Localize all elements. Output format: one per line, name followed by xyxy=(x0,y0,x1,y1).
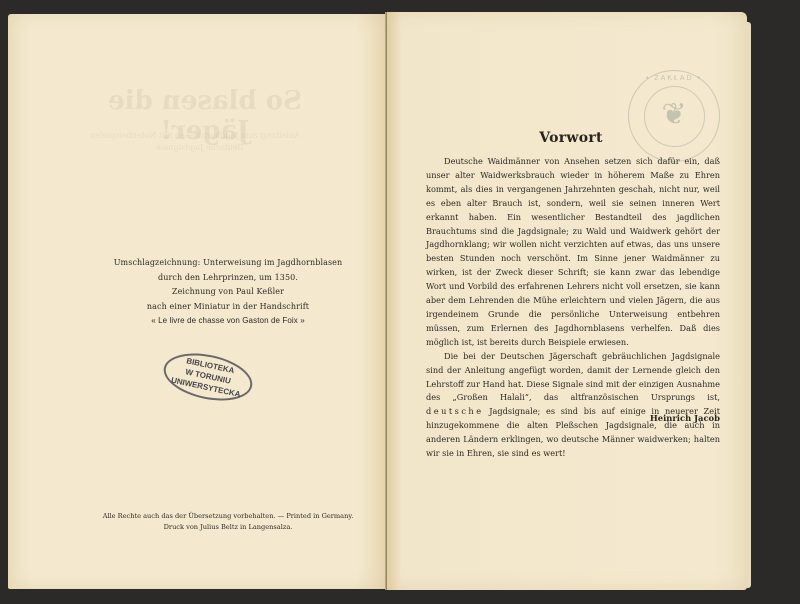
imprint-footer: Alle Rechte auch das der Übersetzung vor… xyxy=(60,511,396,533)
printer-notice: Druck von Julius Beltz in Langensalza. xyxy=(60,522,396,533)
showthrough-subtitle-1: Anleitung zum Jagdhornblasen mit Notenbe… xyxy=(85,131,305,140)
page-title: Vorwort xyxy=(420,130,722,146)
cover-credit: Umschlagzeichnung: Unterweisung im Jagdh… xyxy=(60,256,396,329)
round-stamp: • ZAKŁAD • ❦ xyxy=(628,70,720,162)
credit-line: durch den Lehrprinzen, um 1350. xyxy=(60,271,396,286)
credit-line: Umschlagzeichnung: Unterweisung im Jagdh… xyxy=(60,256,396,271)
foreword-paragraph-2: Die bei der Deutschen Jägerschaft gebräu… xyxy=(426,350,720,461)
credit-line: Zeichnung von Paul Keßler xyxy=(60,285,396,300)
paragraph-2-part-a: Die bei der Deutschen Jägerschaft gebräu… xyxy=(426,351,720,403)
author-signature: Heinrich Jacob xyxy=(600,413,720,423)
credit-line: « Le livre de chasse von Gaston de Foix … xyxy=(60,314,396,329)
emphasized-word: deutsche xyxy=(426,406,484,416)
showthrough-subtitle-2: Deutsche Jagdsignale xyxy=(115,143,285,152)
credit-line: nach einer Miniatur in der Handschrift xyxy=(60,300,396,315)
stamp-ring-text: • ZAKŁAD • xyxy=(629,75,719,82)
book-spread: So blasen die Jäger! Anleitung zum Jagdh… xyxy=(0,0,800,604)
rights-notice: Alle Rechte auch das der Übersetzung vor… xyxy=(60,511,396,522)
foreword-paragraph-1: Deutsche Waidmänner von Ansehen setzen s… xyxy=(426,155,720,350)
